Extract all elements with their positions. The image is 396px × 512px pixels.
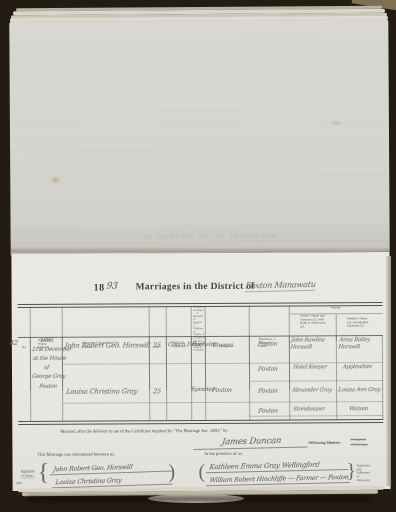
groom-signature: John Robert Geo. Horswill xyxy=(50,463,174,476)
year-handwritten: 93 xyxy=(106,281,118,291)
witness-signature-2: William Robert Hinchliffe — Farmer — Fox… xyxy=(206,474,352,486)
cell-residence: Foxton Foxton Foxton Foxton xyxy=(250,336,290,420)
page-title: Marriages in the District of xyxy=(136,282,255,293)
cell-names: John Robert Geo. Horswill Louisa Christi… xyxy=(63,336,150,420)
table-header-row: No. When and Where Married. Names and Su… xyxy=(18,305,383,337)
parties-close-paren: ) xyxy=(168,461,175,484)
groom-age: 25 xyxy=(152,341,161,349)
cell-father: John Rawlins Horswill Hotel Keeper Alexa… xyxy=(290,335,337,419)
bride-mother-name: Louisa Ann Gray xyxy=(338,387,381,393)
groom-residence-usual: Foxton xyxy=(258,366,278,373)
witnesses-side-label: Signatures and Addresses of Witnesses. xyxy=(356,464,373,483)
when-line: at the House xyxy=(33,356,67,362)
blank-verso-page: MARRIAGES IN THE DISTRICT OF xyxy=(9,19,389,254)
year-printed: 18 xyxy=(94,283,105,294)
bride-birthplace: Foxton xyxy=(212,387,232,394)
when-line: of xyxy=(44,365,50,371)
photo-of-register-book: MARRIAGES IN THE DISTRICT OF 18 93 Marri… xyxy=(0,0,396,512)
cell-rank: Coach Driver xyxy=(167,336,192,420)
bride-name: Louisa Christina Gray xyxy=(66,387,138,395)
officiating-note-line: or Registrar xyxy=(350,438,366,442)
groom-residence-present: Foxton xyxy=(257,341,277,348)
page-bottom-shadow xyxy=(26,496,370,502)
parents-subheaders: Father's Name and Surname (1), with Rank… xyxy=(290,313,383,336)
paper-stain xyxy=(330,120,344,126)
married-by-statement: Married, after the delivery to me of the… xyxy=(60,429,227,434)
form-page-number: 409 xyxy=(17,482,22,486)
cell-ages: 25 25 xyxy=(150,336,167,420)
parties-side-label: Signatures of Parties. xyxy=(21,470,35,479)
presence-statement: In the presence of us, xyxy=(204,452,242,457)
bride-father-rank: Storekeeper xyxy=(293,406,325,412)
district-handwritten: Foxton Manawatu xyxy=(245,280,316,293)
table-rule xyxy=(18,422,383,425)
groom-birthplace: Tawera xyxy=(211,342,233,349)
officiating-minister-signature: James Duncan xyxy=(193,435,309,450)
officiating-minister-label: Officiating Minister. xyxy=(308,441,340,445)
groom-father-name: John Rawlins Horswill xyxy=(290,337,338,351)
groom-father-rank: Hotel Keeper xyxy=(293,364,328,370)
col-header-father-label: Father's Name and Surname (1), with Rank… xyxy=(300,314,325,329)
witnesses-close-brace: } xyxy=(346,460,356,483)
register-table: No. When and Where Married. Names and Su… xyxy=(18,302,384,424)
cell-condition: Bachelor Spinster xyxy=(192,336,206,420)
groom-name: John Robert Geo. Horswill xyxy=(64,341,150,349)
cell-no: 42 xyxy=(18,337,31,421)
groom-mother-name: Anna Bailey Horswill xyxy=(338,337,384,351)
table-entry-row: 42 1893 21st December at the House of Ge… xyxy=(18,335,383,421)
page-block-right-edge xyxy=(386,256,391,486)
when-line: George Gray xyxy=(32,374,66,380)
witnesses-open-paren: ( xyxy=(198,461,205,484)
marriage-register-page: 18 93 Marriages in the District of Foxto… xyxy=(11,252,390,491)
entry-number: 42 xyxy=(9,339,18,347)
cell-mother: Anna Bailey Horswill Applewhite Louisa A… xyxy=(337,335,383,419)
when-line: 1893 xyxy=(39,338,53,344)
cell-birthplace: Tawera Foxton xyxy=(206,336,250,420)
bride-mother-maiden: Watson xyxy=(349,406,369,412)
bride-residence-usual: Foxton xyxy=(258,408,278,415)
col-header-mother-label: Mother's Name (1), and Maiden Surname (2… xyxy=(347,317,372,328)
paper-stain xyxy=(50,176,61,184)
parents-group-title: Parents. xyxy=(331,306,342,310)
parties-brace: { xyxy=(37,460,49,487)
groom-mother-maiden: Applewhite xyxy=(343,364,373,370)
solemnized-statement: This Marriage was solemnized between us, xyxy=(37,452,115,457)
when-line: Foxton xyxy=(39,384,58,390)
ink-bleed-through-text: MARRIAGES IN THE DISTRICT OF xyxy=(103,233,315,240)
paper-texture xyxy=(9,19,389,254)
bride-residence-present: Foxton xyxy=(258,388,278,395)
cell-when-where: 1893 21st December at the House of Georg… xyxy=(31,337,63,421)
bride-father-name: Alexander Gray xyxy=(292,387,333,393)
witness-signature-1: Kathleen Emma Gray Wellingford xyxy=(206,460,350,473)
bride-age: 25 xyxy=(153,387,162,395)
officiating-note-line: of Marriages. xyxy=(350,443,368,447)
